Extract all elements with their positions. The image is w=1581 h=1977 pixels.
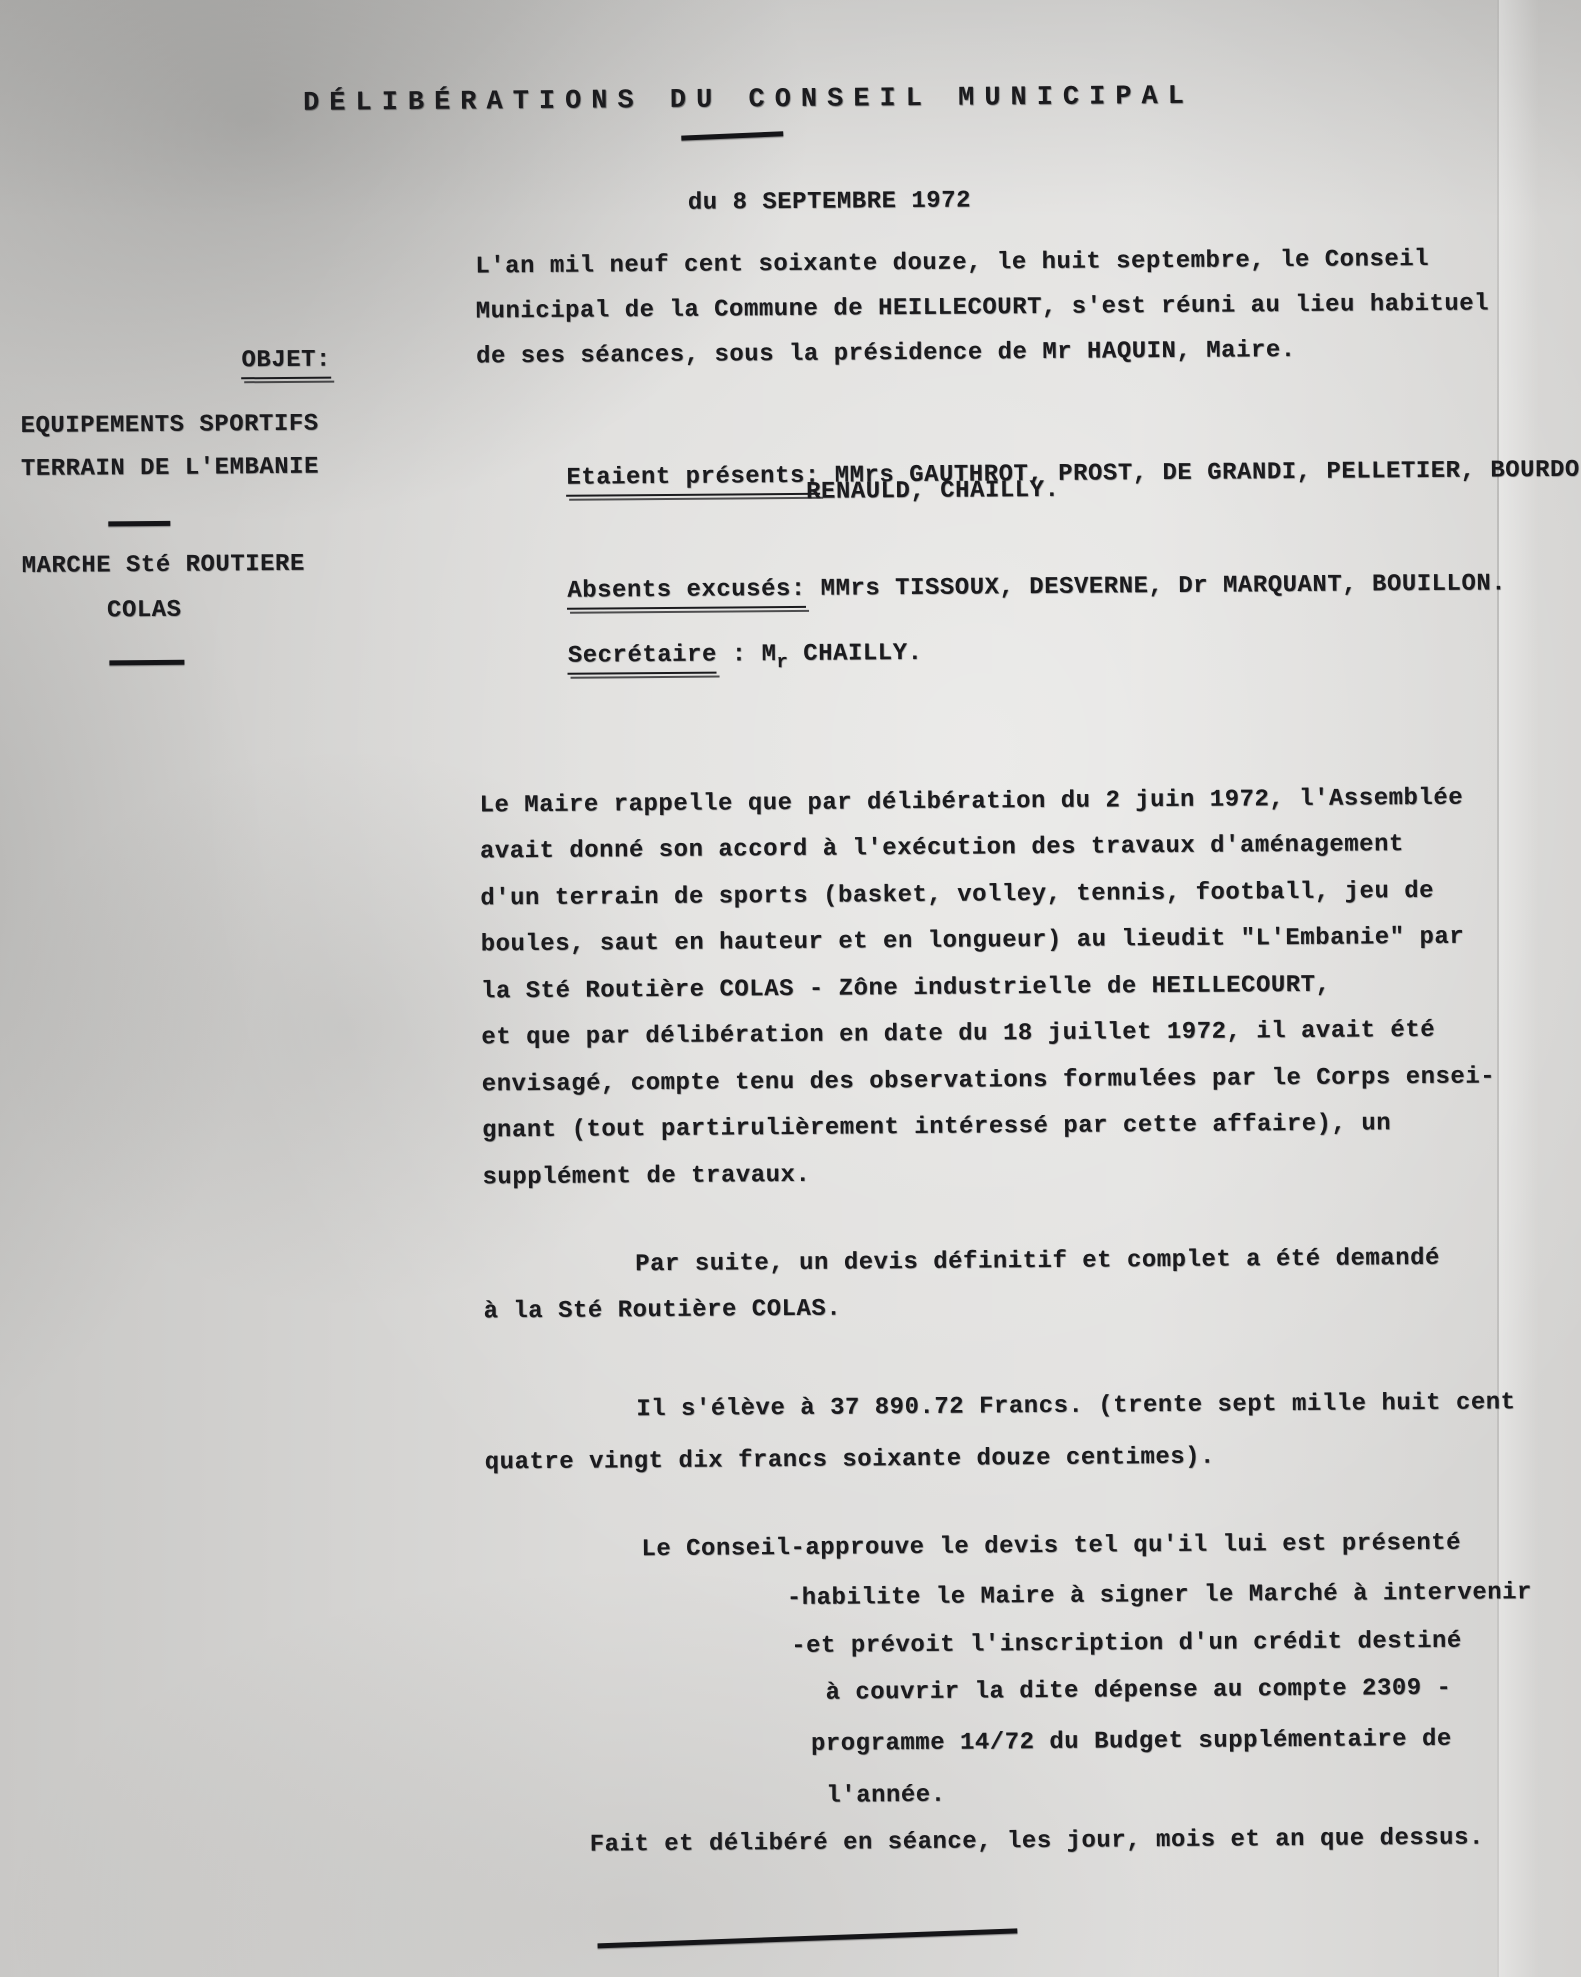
intro-line: de ses séances, sous la présidence de Mr…: [476, 336, 1296, 372]
absent-names: MMrs TISSOUX, DESVERNE, Dr MARQUANT, BOU…: [806, 570, 1507, 603]
decision-line: à couvrir la dite dépense au compte 2309…: [825, 1674, 1451, 1709]
sidebar-subject-line: MARCHE Sté ROUTIERE: [22, 550, 305, 582]
present-line-2: RENAULD, CHAILLY.: [806, 476, 1060, 508]
secretary-sep: : M: [717, 641, 777, 668]
objet-heading: OBJET:: [152, 316, 332, 410]
body-line: la Sté Routière COLAS - Zône industriell…: [481, 971, 1331, 1008]
secretary-line: Secrétaire : Mr CHAILLY.: [478, 609, 923, 705]
document-content: DÉLIBÉRATIONS DU CONSEIL MUNICIPAL du 8 …: [0, 0, 1581, 1977]
body-line: quatre vingt dix francs soixante douze c…: [485, 1443, 1215, 1479]
secretary-label: Secrétaire: [568, 641, 717, 675]
page-title: DÉLIBÉRATIONS DU CONSEIL MUNICIPAL: [303, 82, 1194, 119]
closing-line: Fait et délibéré en séance, les jour, mo…: [590, 1824, 1484, 1861]
body-line: Le Maire rappelle que par délibération d…: [479, 784, 1463, 822]
body-line: boules, saut en hauteur et en longueur) …: [481, 923, 1465, 961]
secretary-subscript: r: [776, 651, 788, 673]
decision-line: l'année.: [826, 1781, 945, 1812]
decision-line: -habilite le Maire à signer le Marché à …: [787, 1578, 1532, 1614]
sidebar-subject-line: EQUIPEMENTS SPORTIFS: [20, 410, 318, 442]
body-line: avait donné son accord à l'exécution des…: [480, 830, 1404, 867]
body-line: supplément de travaux.: [482, 1161, 810, 1194]
objet-label: OBJET:: [241, 346, 331, 380]
secretary-name: CHAILLY.: [788, 640, 922, 668]
scanned-document-page: DÉLIBÉRATIONS DU CONSEIL MUNICIPAL du 8 …: [0, 0, 1581, 1977]
body-line: et que par délibération en date du 18 ju…: [481, 1016, 1435, 1053]
body-line: envisagé, compte tenu des observations f…: [482, 1062, 1496, 1100]
sidebar-subject-line: TERRAIN DE L'EMBANIE: [21, 453, 319, 485]
body-line: d'un terrain de sports (basket, volley, …: [480, 877, 1434, 914]
decision-line: Le Conseil-approuve le devis tel qu'il l…: [641, 1529, 1461, 1565]
sidebar-subject-line: COLAS: [107, 596, 182, 627]
body-line: Par suite, un devis définitif et complet…: [635, 1244, 1440, 1280]
session-date: du 8 SEPTEMBRE 1972: [688, 187, 971, 219]
intro-line: Municipal de la Commune de HEILLECOURT, …: [476, 289, 1490, 327]
decision-line: -et prévoit l'inscription d'un crédit de…: [791, 1627, 1462, 1662]
title-rule: [681, 131, 783, 140]
separator-dash: [109, 660, 184, 666]
present-label: Etaient présents:: [566, 462, 820, 497]
separator-dash: [108, 521, 170, 526]
body-line: gnant (tout partirulièrement intéressé p…: [482, 1109, 1391, 1146]
decision-line: programme 14/72 du Budget supplémentaire…: [811, 1725, 1452, 1760]
absent-label: Absents excusés:: [567, 575, 806, 610]
bottom-rule: [598, 1928, 1018, 1948]
body-line: Il s'élève à 37 890.72 Francs. (trente s…: [636, 1388, 1515, 1425]
body-line: à la Sté Routière COLAS.: [483, 1295, 841, 1328]
intro-line: L'an mil neuf cent soixante douze, le hu…: [475, 245, 1429, 282]
